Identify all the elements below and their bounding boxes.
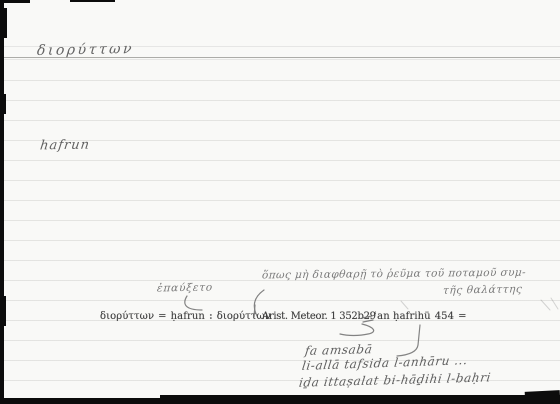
- typed-reference: Arist. Meteor. 1 352b29: [262, 311, 376, 322]
- typed-equals-trailing: =: [458, 311, 466, 322]
- scan-corner-bottom-right: [525, 390, 560, 404]
- pencil-connector-epauxeto: [185, 296, 202, 310]
- scan-edge-top-dash-2: [70, 0, 115, 2]
- pencil-headword-greek: διορύττων: [36, 41, 134, 59]
- scan-edge-top-dash-1: [0, 0, 30, 3]
- typed-equals-1: =: [158, 311, 166, 322]
- ruled-lines: [0, 80, 560, 391]
- scan-edge-left-blob-2: [0, 94, 6, 114]
- pencil-note-epauxeto: ἐπαύξετο: [157, 282, 214, 295]
- typed-entry-right: ʿan ḥafrihü 454 =: [374, 311, 467, 322]
- typed-arabic-phrase: ʿan ḥafrihü: [374, 311, 431, 322]
- typed-entry-reference: Arist. Meteor. 1 352b29: [262, 311, 376, 322]
- index-card-scan: διορύττων hafrun ἐπαύξετο ὅπως μὴ διαφθα…: [0, 0, 560, 404]
- pencil-connector-swoosh: [340, 324, 374, 336]
- pencil-stray-mark-2: [541, 298, 558, 310]
- pencil-note-arabic-line1: fa amsabā: [304, 342, 373, 358]
- pencil-stray-mark-1: [401, 301, 408, 309]
- scan-edge-bottom-2: [160, 395, 560, 400]
- typed-page-number: 454: [435, 311, 454, 322]
- typed-entry-left: διορύττων = ḥafrun : διορύττων: [100, 311, 271, 322]
- pencil-note-greek-line1: ὅπως μὴ διαφθαρῇ τὸ ῥεῦμα τοῦ ποταμοῦ συ…: [262, 267, 527, 282]
- scan-edge-left-blob-1: [0, 8, 7, 38]
- scan-edge-left: [0, 0, 4, 404]
- pencil-colon: :: [209, 311, 213, 322]
- scan-edge-left-blob-3: [0, 296, 6, 326]
- pencil-gloss-hafrun: hafrun: [39, 138, 91, 154]
- pencil-connector-hafrihu: [397, 325, 420, 356]
- pencil-note-arabic-line3: iḏa ittaṣalat bi-hāḏihi l-baḥri: [298, 370, 492, 389]
- typed-lemma: διορύττων: [100, 311, 154, 322]
- pencil-note-greek-line2: τῆς θαλάττης: [443, 283, 523, 296]
- pencil-connectors-overlay: [0, 0, 560, 404]
- typed-arabic-gloss: ḥafrun: [171, 311, 205, 322]
